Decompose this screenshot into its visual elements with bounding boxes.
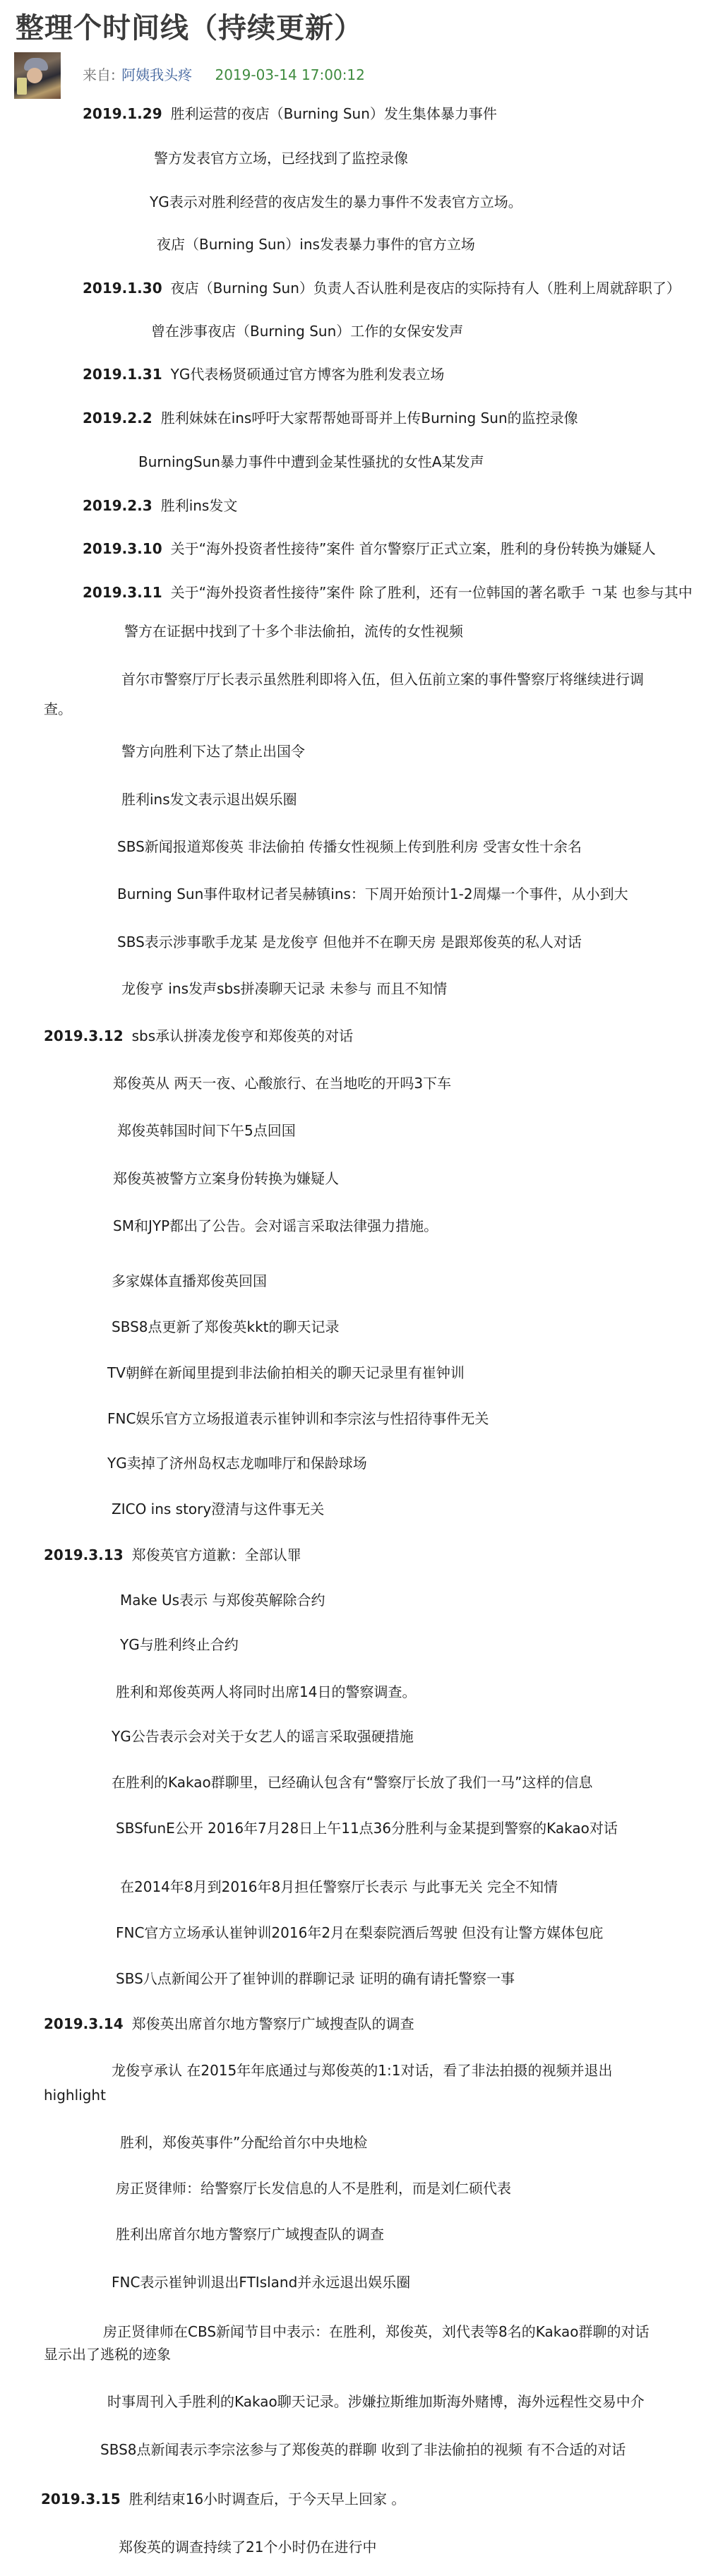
timeline-entry: YG与胜利终止合约 [120, 1633, 239, 1654]
entry-date: 2019.3.10 [83, 540, 162, 557]
entry-date: 2019.1.31 [83, 366, 162, 383]
entry-text: YG与胜利终止合约 [120, 1636, 239, 1653]
avatar[interactable] [14, 52, 61, 99]
entry-text: 关于“海外投资者性接待”案件 除了胜利，还有一位韩国的著名歌手 ㄱ某 也参与其中 [171, 584, 693, 601]
entry-text: 警方发表官方立场，已经找到了监控录像 [154, 150, 408, 167]
timeline-entry: 胜利出席首尔地方警察厅广域搜查队的调查 [116, 2223, 384, 2243]
entry-date: 2019.3.14 [44, 2015, 124, 2032]
entry-date: 2019.2.2 [83, 410, 152, 427]
timeline-entry: SBS表示涉事歌手龙某 是龙俊亨 但他并不在聊天房 是跟郑俊英的私人对话 [117, 931, 582, 951]
timeline-entry: 查。 [44, 698, 72, 718]
timeline-entry: 时事周刊入手胜利的Kakao聊天记录。涉嫌拉斯维加斯海外赌博，海外远程性交易中介 [107, 2390, 645, 2411]
timeline-entry: 显示出了逃税的迹象 [44, 2343, 171, 2363]
entry-text: SBS八点新闻公开了崔钟训的群聊记录 证明的确有请托警察一事 [116, 1970, 515, 1987]
post-title: 整理个时间线（持续更新） [16, 6, 363, 46]
entry-text: sbs承认拼凑龙俊亨和郑俊英的对话 [132, 1027, 354, 1044]
timeline-entry: highlight [44, 2087, 106, 2104]
entry-text: FNC官方立场承认崔钟训2016年2月在梨泰院酒后驾驶 但没有让警方媒体包庇 [116, 1924, 603, 1941]
timeline-entry: 郑俊英的调查持续了21个小时仍在进行中 [119, 2536, 376, 2556]
entry-text: 多家媒体直播郑俊英回国 [112, 1272, 267, 1289]
timeline-entry: 多家媒体直播郑俊英回国 [112, 1270, 267, 1290]
entry-text: SBSfunE公开 2016年7月28日上午11点36分胜利与金某提到警察的Ka… [116, 1820, 618, 1837]
timeline-entry: 夜店（Burning Sun）ins发表暴力事件的官方立场 [157, 233, 475, 254]
entry-text: SBS8点新闻表示李宗泫参与了郑俊英的群聊 收到了非法偷拍的视频 有不合适的对话 [100, 2441, 626, 2458]
author-link[interactable]: 阿姨我头疼 [121, 66, 192, 83]
timeline-entry: SBS新闻报道郑俊英 非法偷拍 传播女性视频上传到胜利房 受害女性十余名 [117, 835, 582, 856]
post-timestamp: 2019-03-14 17:00:12 [215, 66, 364, 83]
timeline-entry: YG公告表示会对关于女艺人的谣言采取强硬措施 [112, 1725, 414, 1746]
entry-text: 房正贤律师：给警察厅长发信息的人不是胜利，而是刘仁硕代表 [116, 2180, 511, 2197]
entry-text: YG代表杨贤硕通过官方博客为胜利发表立场 [171, 366, 445, 383]
entry-text: SM和JYP都出了公告。会对谣言采取法律强力措施。 [113, 1217, 438, 1234]
entry-date: 2019.1.29 [83, 105, 162, 122]
timeline-entry: SBS八点新闻公开了崔钟训的群聊记录 证明的确有请托警察一事 [116, 1967, 515, 1988]
entry-text: SBS8点更新了郑俊英kkt的聊天记录 [112, 1318, 340, 1335]
entry-text: 首尔市警察厅厅长表示虽然胜利即将入伍，但入伍前立案的事件警察厅将继续进行调 [121, 671, 644, 688]
timeline-entry: Burning Sun事件取材记者吴赫镇ins：下周开始预计1-2周爆一个事件，… [117, 883, 628, 903]
timeline-entry: ZICO ins story澄清与这件事无关 [112, 1498, 324, 1518]
entry-text: 郑俊英的调查持续了21个小时仍在进行中 [119, 2539, 376, 2556]
timeline-entry: TV朝鲜在新闻里提到非法偷拍相关的聊天记录里有崔钟训 [107, 1361, 465, 1382]
timeline-entry: YG表示对胜利经营的夜店发生的暴力事件不发表官方立场。 [150, 191, 522, 211]
entry-text: 郑俊英官方道歉：全部认罪 [132, 1546, 301, 1563]
avatar-face-shape [27, 68, 42, 83]
entry-date: 2019.2.3 [83, 497, 152, 514]
entry-text: 胜利ins发文表示退出娱乐圈 [121, 791, 297, 808]
timeline-entry: 警方向胜利下达了禁止出国令 [121, 740, 305, 761]
entry-text: 在胜利的Kakao群聊里，已经确认包含有“警察厅长放了我们一马”这样的信息 [112, 1774, 592, 1791]
timeline-entry: 2019.2.3胜利ins发文 [83, 494, 237, 515]
timeline-entry: FNC官方立场承认崔钟训2016年2月在梨泰院酒后驾驶 但没有让警方媒体包庇 [116, 1921, 603, 1942]
entry-text: 夜店（Burning Sun）负责人否认胜利是夜店的实际持有人（胜利上周就辞职了… [171, 280, 681, 297]
timeline-entry: 在2014年8月到2016年8月担任警察厅长表示 与此事无关 完全不知情 [120, 1876, 558, 1896]
entry-date: 2019.1.30 [83, 280, 162, 297]
entry-text: Make Us表示 与郑俊英解除合约 [120, 1592, 325, 1609]
timeline-entry: BurningSun暴力事件中遭到金某性骚扰的女性A某发声 [138, 451, 484, 471]
entry-text: 警方向胜利下达了禁止出国令 [121, 743, 305, 760]
timeline-entry: 2019.1.30夜店（Burning Sun）负责人否认胜利是夜店的实际持有人… [83, 277, 681, 297]
entry-text: 房正贤律师在CBS新闻节目中表示：在胜利，郑俊英，刘代表等8名的Kakao群聊的… [103, 2323, 650, 2340]
entry-text: BurningSun暴力事件中遭到金某性骚扰的女性A某发声 [138, 453, 484, 470]
timeline-entry: 2019.3.13郑俊英官方道歉：全部认罪 [44, 1544, 301, 1564]
timeline-entry: 胜利ins发文表示退出娱乐圈 [121, 788, 297, 809]
entry-text: YG表示对胜利经营的夜店发生的暴力事件不发表官方立场。 [150, 193, 522, 210]
timeline-entry: 2019.3.10关于“海外投资者性接待”案件 首尔警察厅正式立案，胜利的身份转… [83, 537, 656, 558]
timeline-entry: 胜利和郑俊英两人将同时出席14日的警察调查。 [116, 1681, 416, 1701]
entry-text: 胜利和郑俊英两人将同时出席14日的警察调查。 [116, 1683, 416, 1700]
entry-text: YG公告表示会对关于女艺人的谣言采取强硬措施 [112, 1728, 414, 1745]
entry-text: 郑俊英从 两天一夜、心酸旅行、在当地吃的开吗3下车 [113, 1075, 451, 1092]
timeline-entry: SBS8点更新了郑俊英kkt的聊天记录 [112, 1316, 340, 1336]
entry-text: SBS新闻报道郑俊英 非法偷拍 传播女性视频上传到胜利房 受害女性十余名 [117, 838, 582, 855]
timeline-entry: 房正贤律师在CBS新闻节目中表示：在胜利，郑俊英，刘代表等8名的Kakao群聊的… [103, 2320, 650, 2341]
from-label: 来自: [83, 66, 116, 83]
entry-text: 胜利出席首尔地方警察厅广域搜查队的调查 [116, 2226, 384, 2243]
entry-text: FNC表示崔钟训退出FTIsland并永远退出娱乐圈 [112, 2274, 410, 2291]
entry-text: 胜利运营的夜店（Burning Sun）发生集体暴力事件 [171, 105, 497, 122]
post-meta: 来自: 阿姨我头疼 2019-03-14 17:00:12 [83, 64, 365, 84]
entry-text: 郑俊英被警方立案身份转换为嫌疑人 [113, 1170, 339, 1187]
timeline-entry: 2019.3.14郑俊英出席首尔地方警察厅广域搜查队的调查 [44, 2012, 414, 2033]
entry-date: 2019.3.11 [83, 584, 162, 601]
entry-text: 胜利ins发文 [161, 497, 238, 514]
timeline-entry: 2019.2.2胜利妹妹在ins呼吁大家帮帮她哥哥并上传Burning Sun的… [83, 407, 578, 427]
timeline-entry: 2019.1.31YG代表杨贤硕通过官方博客为胜利发表立场 [83, 363, 444, 383]
entry-date: 2019.3.12 [44, 1027, 124, 1044]
entry-text: 关于“海外投资者性接待”案件 首尔警察厅正式立案，胜利的身份转换为嫌疑人 [171, 540, 656, 557]
entry-text: 龙俊亨承认 在2015年年底通过与郑俊英的1:1对话，看了非法拍摄的视频并退出 [112, 2062, 612, 2079]
entry-text: TV朝鲜在新闻里提到非法偷拍相关的聊天记录里有崔钟训 [107, 1364, 465, 1381]
entry-text: 夜店（Burning Sun）ins发表暴力事件的官方立场 [157, 236, 475, 253]
entry-text: 时事周刊入手胜利的Kakao聊天记录。涉嫌拉斯维加斯海外赌博，海外远程性交易中介 [107, 2393, 645, 2410]
entry-text: 胜利妹妹在ins呼吁大家帮帮她哥哥并上传Burning Sun的监控录像 [161, 410, 578, 427]
timeline-entry: Make Us表示 与郑俊英解除合约 [120, 1589, 325, 1609]
entry-text: FNC娱乐官方立场报道表示崔钟训和李宗泫与性招待事件无关 [107, 1410, 489, 1427]
entry-text: 郑俊英出席首尔地方警察厅广域搜查队的调查 [132, 2015, 414, 2032]
entry-text: Burning Sun事件取材记者吴赫镇ins：下周开始预计1-2周爆一个事件，… [117, 885, 628, 902]
timeline-entry: 房正贤律师：给警察厅长发信息的人不是胜利，而是刘仁硕代表 [116, 2177, 511, 2198]
timeline-entry: 警方发表官方立场，已经找到了监控录像 [154, 147, 408, 167]
timeline-entry: 2019.3.12sbs承认拼凑龙俊亨和郑俊英的对话 [44, 1025, 353, 1045]
timeline-entry: 首尔市警察厅厅长表示虽然胜利即将入伍，但入伍前立案的事件警察厅将继续进行调 [121, 668, 644, 688]
timeline-entry: SBS8点新闻表示李宗泫参与了郑俊英的群聊 收到了非法偷拍的视频 有不合适的对话 [100, 2438, 626, 2459]
timeline-entry: 警方在证据中找到了十多个非法偷拍，流传的女性视频 [124, 620, 463, 640]
timeline-entry: 龙俊亨承认 在2015年年底通过与郑俊英的1:1对话，看了非法拍摄的视频并退出 [112, 2059, 612, 2080]
entry-date: 2019.3.15 [41, 2491, 121, 2508]
timeline-entry: FNC表示崔钟训退出FTIsland并永远退出娱乐圈 [112, 2271, 410, 2291]
timeline-entry: FNC娱乐官方立场报道表示崔钟训和李宗泫与性招待事件无关 [107, 1407, 489, 1428]
entry-text: 龙俊亨 ins发声sbs拼凑聊天记录 未参与 而且不知情 [121, 980, 447, 997]
entry-text: 郑俊英韩国时间下午5点回国 [117, 1122, 296, 1139]
entry-text: 警方在证据中找到了十多个非法偷拍，流传的女性视频 [124, 623, 463, 640]
entry-text: 在2014年8月到2016年8月担任警察厅长表示 与此事无关 完全不知情 [120, 1878, 558, 1895]
entry-date: 2019.3.13 [44, 1546, 124, 1563]
entry-text: 曾在涉事夜店（Burning Sun）工作的女保安发声 [151, 323, 463, 340]
timeline-entry: 2019.1.29胜利运营的夜店（Burning Sun）发生集体暴力事件 [83, 102, 497, 123]
timeline-entry: YG卖掉了济州岛权志龙咖啡厅和保龄球场 [107, 1452, 367, 1472]
timeline-entry: 在胜利的Kakao群聊里，已经确认包含有“警察厅长放了我们一马”这样的信息 [112, 1771, 592, 1791]
timeline-entry: 郑俊英韩国时间下午5点回国 [117, 1119, 296, 1140]
entry-text: 查。 [44, 700, 72, 717]
entry-text: 胜利结束16小时调查后，于今天早上回家 。 [129, 2491, 406, 2508]
timeline-entry: 郑俊英从 两天一夜、心酸旅行、在当地吃的开吗3下车 [113, 1072, 451, 1092]
entry-text: ZICO ins story澄清与这件事无关 [112, 1501, 324, 1517]
timeline-entry: SBSfunE公开 2016年7月28日上午11点36分胜利与金某提到警察的Ka… [116, 1817, 618, 1837]
entry-text: highlight [44, 2087, 106, 2104]
entry-text: SBS表示涉事歌手龙某 是龙俊亨 但他并不在聊天房 是跟郑俊英的私人对话 [117, 934, 582, 950]
timeline-entry: 龙俊亨 ins发声sbs拼凑聊天记录 未参与 而且不知情 [121, 977, 447, 998]
timeline-entry: 郑俊英被警方立案身份转换为嫌疑人 [113, 1167, 339, 1188]
timeline-entry: 2019.3.11关于“海外投资者性接待”案件 除了胜利，还有一位韩国的著名歌手… [83, 581, 693, 602]
entry-text: 胜利，郑俊英事件”分配给首尔中央地检 [120, 2134, 367, 2151]
timeline-entry: 胜利，郑俊英事件”分配给首尔中央地检 [120, 2131, 367, 2152]
timeline-entry: 曾在涉事夜店（Burning Sun）工作的女保安发声 [151, 320, 463, 340]
entry-text: YG卖掉了济州岛权志龙咖啡厅和保龄球场 [107, 1455, 367, 1472]
timeline-entry: 2019.3.15胜利结束16小时调查后，于今天早上回家 。 [41, 2488, 405, 2508]
timeline-entry: SM和JYP都出了公告。会对谣言采取法律强力措施。 [113, 1215, 438, 1235]
avatar-phone-shape [17, 78, 27, 95]
entry-text: 显示出了逃税的迹象 [44, 2346, 171, 2363]
